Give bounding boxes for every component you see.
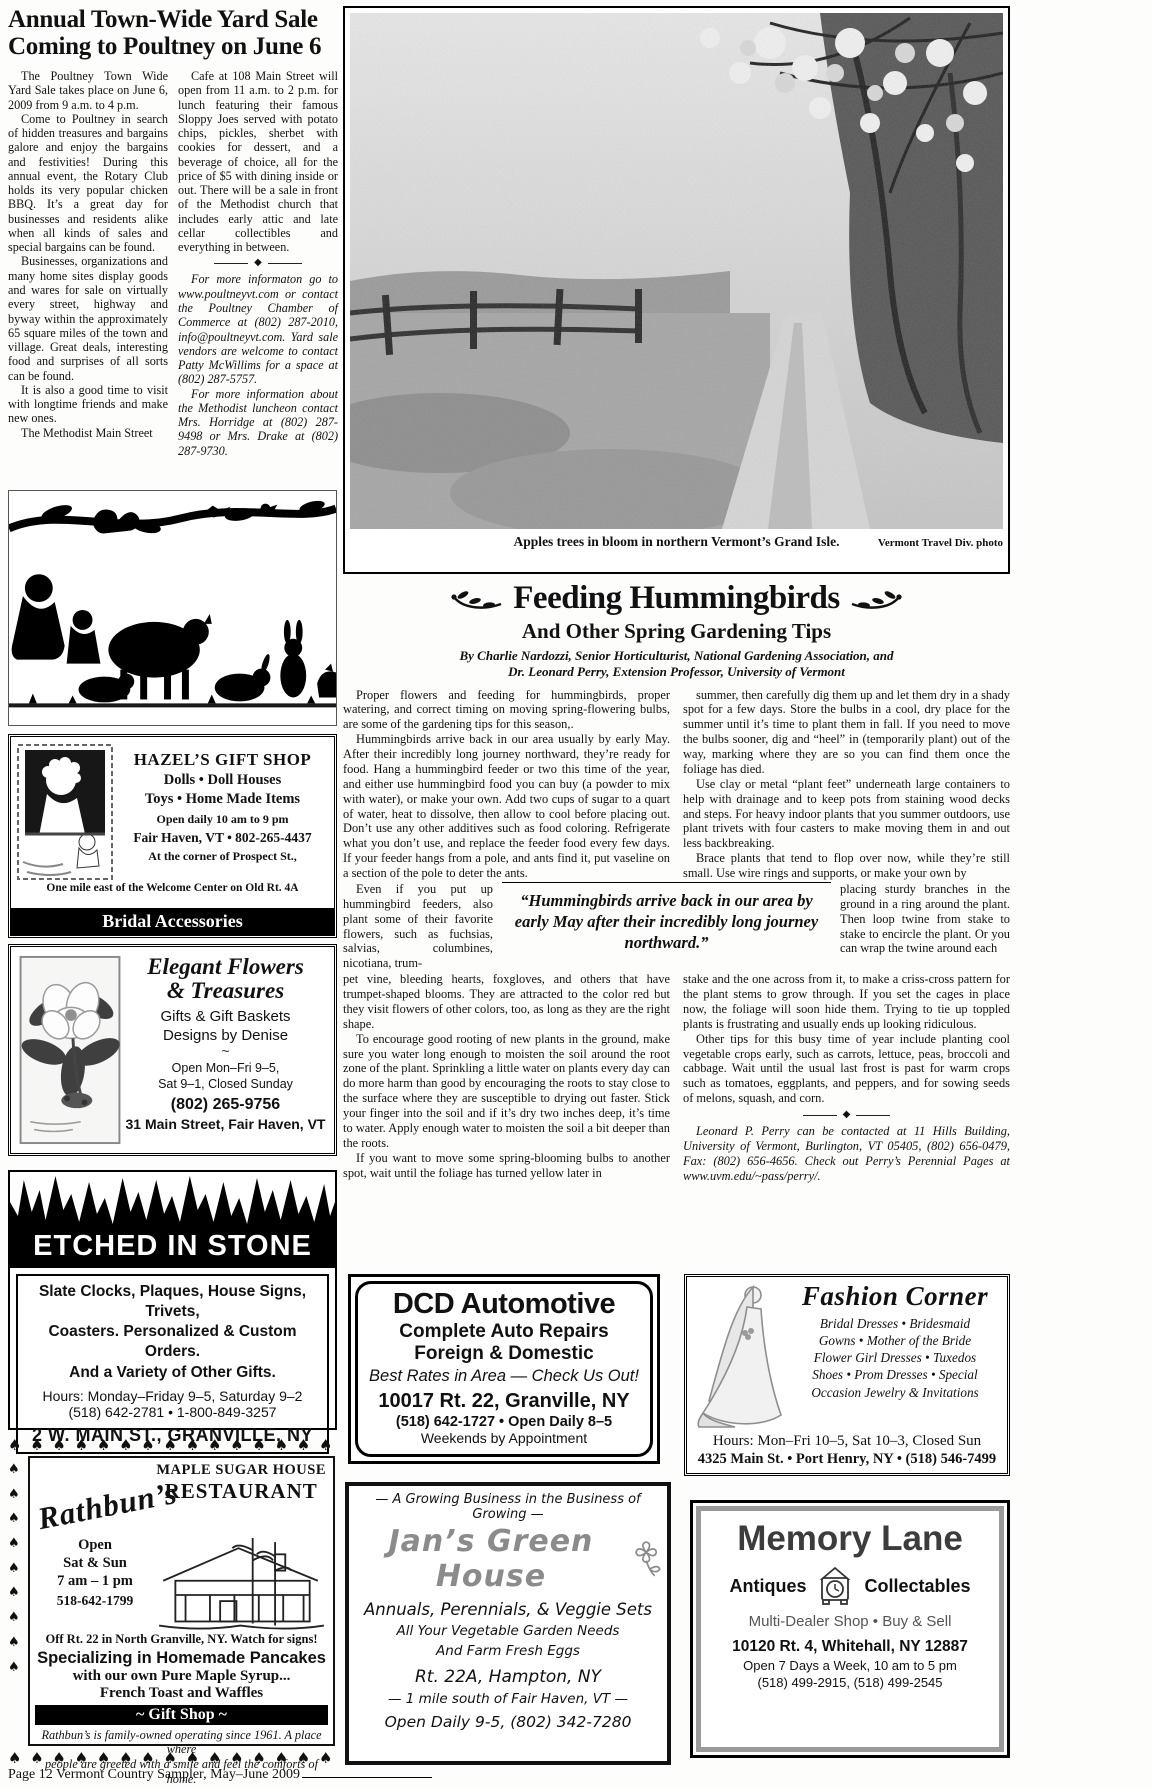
ad-address: 4325 Main St. • Port Henry, NY • (518) 5… xyxy=(695,1451,999,1468)
paragraph: Brace plants that tend to flop over now,… xyxy=(683,851,1010,881)
ad-directions: Off Rt. 22 in North Granville, NY. Watch… xyxy=(35,1632,328,1647)
article-columns: The Poultney Town Wide Yard Sale takes p… xyxy=(8,69,339,458)
ad-title-line-1: Elegant Flowers xyxy=(123,955,328,979)
paragraph: summer, then carefully dig them up and l… xyxy=(683,688,1010,777)
etched-in-stone-ad: ETCHED IN STONE Slate Clocks, Plaques, H… xyxy=(8,1170,337,1430)
ad-specialty-line-1: Specializing in Homemade Pancakes xyxy=(35,1649,328,1668)
left-column: Proper flowers and feeding for hummingbi… xyxy=(343,688,670,881)
headline-line-1: Annual Town-Wide Yard Sale xyxy=(8,6,339,33)
paragraph: Hummingbirds arrive back in our area usu… xyxy=(343,732,670,881)
headline-line-2: Coming to Poultney on June 6 xyxy=(8,33,339,60)
article-subtitle: And Other Spring Gardening Tips xyxy=(343,619,1010,644)
footer-rule xyxy=(302,1777,432,1778)
ad-line: Slate Clocks, Plaques, House Signs, Triv… xyxy=(20,1282,325,1322)
squiggle-divider-icon: ~ xyxy=(123,1046,328,1057)
ad-directions: — 1 mile south of Fair Haven, VT — xyxy=(353,1691,663,1707)
ad-line: Dolls • Doll Houses xyxy=(115,772,330,789)
ad-phone: (518) 642-1727 • Open Daily 8–5 xyxy=(364,1414,644,1430)
ad-title: Fashion Corner xyxy=(791,1281,999,1312)
leaf-border-top-icon: ♠ ♠ ♠ ♠ ♠ ♠ ♠ ♠ ♠ ♠ ♠ ♠ ♠ ♠ ♠ ♠ ♠ xyxy=(8,1438,337,1453)
right-column: summer, then carefully dig them up and l… xyxy=(683,688,1010,881)
ad-address: 31 Main Street, Fair Haven, VT xyxy=(123,1116,328,1132)
ad-address: At the corner of Prospect St., xyxy=(115,849,330,864)
ad-line: All Your Vegetable Garden Needs xyxy=(353,1623,663,1639)
ad-line: Coasters. Personalized & Custom Orders. xyxy=(20,1322,325,1362)
paragraph: Other tips for this busy time of year in… xyxy=(683,1032,1010,1106)
ad-hours: Hours: Mon–Fri 10–5, Sat 10–3, Closed Su… xyxy=(695,1433,999,1450)
yard-sale-article: Annual Town-Wide Yard Sale Coming to Pou… xyxy=(8,6,339,486)
ad-slogan: Multi-Dealer Shop • Buy & Sell xyxy=(705,1613,995,1630)
ad-service-line: Bridal Dresses • Bridesmaid xyxy=(791,1315,999,1332)
flourish-divider-icon: ◆ xyxy=(178,258,338,268)
flourish-left-icon xyxy=(451,586,503,612)
gift-shop-banner: ~ Gift Shop ~ xyxy=(35,1705,328,1725)
paragraph: stake and the one across from it, to mak… xyxy=(683,972,1010,1032)
ad-hours: Open Daily 9-5, (802) 342-7280 xyxy=(353,1713,663,1731)
ad-open-line: Sat & Sun xyxy=(35,1554,155,1572)
ad-title: ETCHED IN STONE xyxy=(10,1228,335,1268)
page-footer: Page 12 Vermont Country Sampler, May–Jun… xyxy=(8,1767,432,1783)
pull-quote: “Hummingbirds arrive back in our area by… xyxy=(502,882,831,971)
paragraph: It is also a good time to visit with lon… xyxy=(8,383,168,426)
bridal-accessories-banner: Bridal Accessories xyxy=(11,908,334,935)
paragraph: The Methodist Main Street xyxy=(8,426,168,440)
ad-phone: 518-642-1799 xyxy=(35,1593,155,1610)
ad-phone: (518) 642-2781 • 1-800-849-3257 xyxy=(20,1404,325,1420)
flame-pattern-icon xyxy=(10,1172,335,1228)
ad-hours: Open daily 10 am to 9 pm xyxy=(115,812,330,827)
ad-address: Rt. 22A, Hampton, NY xyxy=(353,1667,663,1687)
paragraph: Come to Poultney in search of hidden tre… xyxy=(8,112,168,255)
ad-title: Memory Lane xyxy=(705,1519,995,1559)
flower-doodle-icon xyxy=(631,1537,663,1581)
ad-service-line: Gowns • Mother of the Bride xyxy=(791,1332,999,1349)
ad-title: Jan’s Green House xyxy=(353,1524,629,1594)
ad-line: Complete Auto Repairs xyxy=(364,1321,644,1343)
newspaper-page: Annual Town-Wide Yard Sale Coming to Pou… xyxy=(0,0,1152,1788)
byline-line-1: By Charlie Nardozzi, Senior Horticulturi… xyxy=(343,648,1010,664)
byline-line-2: Dr. Leonard Perry, Extension Professor, … xyxy=(343,664,1010,680)
photo-caption-row: Apples trees in bloom in northern Vermon… xyxy=(350,534,1003,550)
paragraph: pet vine, bleeding hearts, foxgloves, an… xyxy=(343,972,670,1032)
ad-phone: (802) 265-9756 xyxy=(123,1096,328,1114)
ad-title: HAZEL’S GIFT SHOP xyxy=(115,750,330,770)
ad-slogan: Best Rates in Area — Check Us Out! xyxy=(364,1367,644,1386)
ad-phone: (518) 499-2915, (518) 499-2545 xyxy=(705,1675,995,1690)
article-column-1: The Poultney Town Wide Yard Sale takes p… xyxy=(8,69,168,458)
pull-quote-band: Even if you put up hummingbird feeders, … xyxy=(343,882,1010,971)
article-byline: By Charlie Nardozzi, Senior Horticulturi… xyxy=(343,648,1010,681)
ad-open-line: 7 am – 1 pm xyxy=(35,1572,155,1590)
ad-title-line-1: MAPLE SUGAR HOUSE xyxy=(156,1462,326,1479)
ad-title-line-2: RESTAURANT xyxy=(156,1479,326,1504)
paragraph: Proper flowers and feeding for hummingbi… xyxy=(343,688,670,733)
ad-line: Toys • Home Made Items xyxy=(115,791,330,808)
hummingbird-article: Feeding Hummingbirds And Other Spring Ga… xyxy=(343,580,1010,1268)
ad-word-collectables: Collectables xyxy=(864,1576,970,1597)
left-column-narrow: Even if you put up hummingbird feeders, … xyxy=(343,882,493,971)
memory-lane-ad: Memory Lane Antiques Collectables Multi-… xyxy=(690,1500,1010,1758)
paragraph: Even if you put up hummingbird feeders, … xyxy=(343,882,493,971)
article-column-2: Cafe at 108 Main Street will open from 1… xyxy=(178,69,338,458)
ad-specialty-line-2: with our own Pure Maple Syrup... xyxy=(35,1668,328,1685)
children-and-animals-silhouette xyxy=(9,491,336,725)
ad-directions: One mile east of the Welcome Center on O… xyxy=(11,882,334,894)
sugar-house-illustration xyxy=(155,1536,328,1630)
jans-green-house-ad: — A Growing Business in the Business of … xyxy=(345,1482,671,1765)
ad-line: And a Variety of Other Gifts. xyxy=(20,1363,325,1383)
ad-line: Annuals, Perennials, & Veggie Sets xyxy=(353,1600,663,1619)
girl-with-doll-illustration xyxy=(15,742,115,882)
ad-title-line-2: & Treasures xyxy=(123,979,328,1003)
flourish-right-icon xyxy=(850,586,902,612)
article-headline: Annual Town-Wide Yard Sale Coming to Pou… xyxy=(8,6,339,60)
ad-hours-line-1: Open Mon–Fri 9–5, xyxy=(123,1061,328,1077)
ad-hours: Hours: Monday–Friday 9–5, Saturday 9–2 xyxy=(20,1388,325,1404)
ad-title: DCD Automotive xyxy=(364,1288,644,1321)
ad-service-line: Shoes • Prom Dresses • Special xyxy=(791,1366,999,1383)
ad-phone: Fair Haven, VT • 802-265-4437 xyxy=(115,830,330,846)
paragraph: Cafe at 108 Main Street will open from 1… xyxy=(178,69,338,254)
paragraph: Businesses, organizations and many home … xyxy=(8,254,168,382)
ad-word-antiques: Antiques xyxy=(729,1576,806,1597)
ad-specialty-line-3: French Toast and Waffles xyxy=(35,1685,328,1702)
ad-line: Foreign & Domestic xyxy=(364,1343,644,1365)
hazels-gift-shop-ad: HAZEL’S GIFT SHOP Dolls • Doll Houses To… xyxy=(8,734,337,938)
leaf-border-bottom-icon: ♠ ♠ ♠ ♠ ♠ ♠ ♠ ♠ ♠ ♠ ♠ ♠ ♠ ♠ ♠ ♠ ♠ xyxy=(8,1751,337,1766)
ad-hours-line-2: Sat 9–1, Closed Sunday xyxy=(123,1077,328,1093)
right-column-narrow: placing sturdy branches in the ground in… xyxy=(840,882,1010,971)
paragraph-italic: For more informaton go to www.poultneyvt… xyxy=(178,272,338,386)
silhouette-illustration xyxy=(8,490,337,726)
footer-text: Page 12 Vermont Country Sampler, May–Jun… xyxy=(8,1767,300,1783)
orchard-photo-frame: Apples trees in bloom in northern Vermon… xyxy=(343,6,1010,574)
article-body-top: Proper flowers and feeding for hummingbi… xyxy=(343,688,1010,881)
ad-tagline: — A Growing Business in the Business of … xyxy=(353,1492,663,1522)
leaf-border-left-icon: ♠♠♠♠♠♠♠♠♠ xyxy=(8,1458,25,1746)
rathbuns-restaurant-ad: ♠ ♠ ♠ ♠ ♠ ♠ ♠ ♠ ♠ ♠ ♠ ♠ ♠ ♠ ♠ ♠ ♠ ♠♠♠♠♠♠… xyxy=(8,1438,337,1766)
ad-hours: Weekends by Appointment xyxy=(364,1430,644,1446)
article-title: Feeding Hummingbirds xyxy=(513,580,839,617)
paragraph: placing sturdy branches in the ground in… xyxy=(840,882,1010,956)
ad-hours: Open 7 Days a Week, 10 am to 5 pm xyxy=(705,1658,995,1673)
ad-service-line: Flower Girl Dresses • Tuxedos xyxy=(791,1349,999,1366)
elegant-flowers-ad: Elegant Flowers & Treasures Gifts & Gift… xyxy=(8,944,337,1156)
photo-caption: Apples trees in bloom in northern Vermon… xyxy=(514,534,840,550)
paragraph-italic: For more information about the Methodist… xyxy=(178,387,338,458)
paragraph: If you want to move some spring-blooming… xyxy=(343,1151,670,1181)
magnolia-illustration xyxy=(17,955,123,1145)
mantel-clock-icon xyxy=(818,1565,852,1607)
ad-address: 10017 Rt. 22, Granville, NY xyxy=(364,1390,644,1413)
paragraph: Use clay or metal “plant feet” underneat… xyxy=(683,777,1010,851)
paragraph: To encourage good rooting of new plants … xyxy=(343,1032,670,1151)
ad-service-line: Occasion Jewelry & Invitations xyxy=(791,1384,999,1401)
ad-line: And Farm Fresh Eggs xyxy=(353,1643,663,1659)
left-column: pet vine, bleeding hearts, foxgloves, an… xyxy=(343,972,670,1183)
paragraph: The Poultney Town Wide Yard Sale takes p… xyxy=(8,69,168,112)
ad-line: Gifts & Gift Baskets xyxy=(123,1008,328,1027)
dcd-automotive-ad: DCD Automotive Complete Auto Repairs For… xyxy=(348,1274,660,1464)
article-body-bottom: pet vine, bleeding hearts, foxgloves, an… xyxy=(343,972,1010,1183)
bride-illustration xyxy=(695,1281,787,1431)
right-column: stake and the one across from it, to mak… xyxy=(683,972,1010,1183)
contact-paragraph: Leonard P. Perry can be contacted at 11 … xyxy=(683,1124,1010,1184)
fashion-corner-ad: Fashion Corner Bridal Dresses • Bridesma… xyxy=(684,1274,1010,1476)
flourish-divider-icon: ◆ xyxy=(683,1110,1010,1120)
orchard-photo xyxy=(350,13,1003,529)
photo-credit: Vermont Travel Div. photo xyxy=(839,537,1003,549)
ad-address: 10120 Rt. 4, Whitehall, NY 12887 xyxy=(705,1638,995,1656)
